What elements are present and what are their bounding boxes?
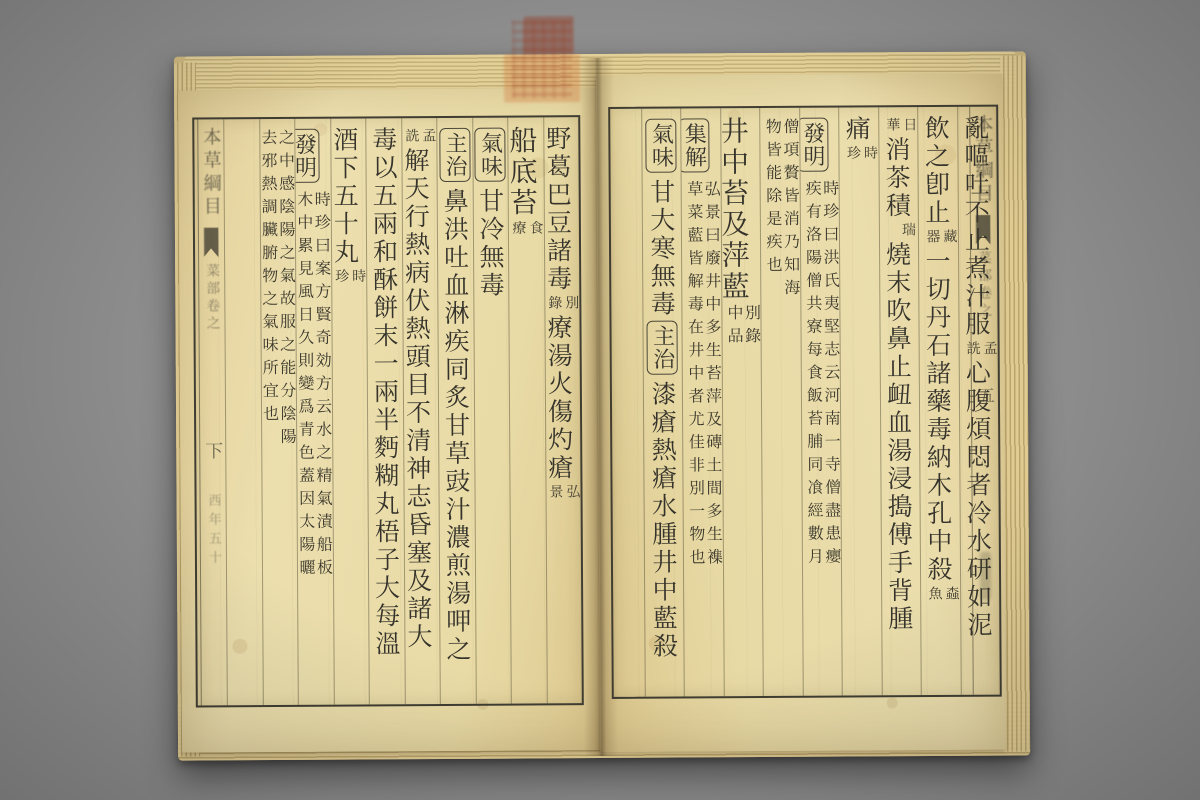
text-column: 主治鼻洪吐血淋疾同炙甘草豉汁濃煎湯呷之 bbox=[436, 118, 475, 704]
text-column: 野葛巴豆諸毒別錄療湯火傷灼瘡弘景 bbox=[543, 117, 582, 703]
commentary-left: 疾有洛陽僧共寮每食飯苔脯同飡經數月 bbox=[804, 180, 824, 571]
main-text: 消茶積 bbox=[882, 136, 912, 220]
citation-char: 魚 bbox=[926, 586, 943, 602]
right-text-frame: 本草綱目菜部卷之五亂嘔吐不止煮汁服孟詵心腹煩悶者冷水研如泥飲之卽止藏器一切丹石諸… bbox=[608, 105, 1002, 699]
citation-char: 療 bbox=[509, 220, 526, 236]
source-citation: 藏器 bbox=[923, 229, 957, 245]
commentary-note: 時珍曰案方賢奇効方云水之精氣漬船板木中累見風日久則變爲青色蓋因太陽曬 bbox=[295, 191, 332, 582]
commentary-note: 時珍曰洪氏夷堅志云河南一寺僧盡患癭疾有洛陽僧共寮每食飯苔脯同飡經數月 bbox=[804, 180, 841, 571]
citation-char: 別 bbox=[562, 295, 579, 311]
fold-title: 本草綱目 bbox=[200, 127, 222, 219]
main-text: 燒末吹鼻止衄血湯浸搗傅手背腫 bbox=[882, 241, 913, 633]
source-citation: 時珍 bbox=[844, 145, 878, 161]
commentary-left: 木中累見風日久則變爲青色蓋因太陽曬 bbox=[295, 191, 315, 582]
citation-char: 華 bbox=[883, 117, 900, 133]
citation-char: 珍 bbox=[844, 145, 861, 161]
left-text-frame: 野葛巴豆諸毒別錄療湯火傷灼瘡弘景船底苔食療氣味甘冷無毒主治鼻洪吐血淋疾同炙甘草豉… bbox=[192, 115, 584, 707]
main-text: 亂嘔吐不止煮汁服 bbox=[961, 115, 991, 339]
fold-column: 本草綱目菜部卷之下西年五十 bbox=[197, 119, 227, 705]
citation-char: 孟 bbox=[419, 128, 436, 144]
right-page: 本草綱目菜部卷之五亂嘔吐不止煮汁服孟詵心腹煩悶者冷水研如泥飲之卽止藏器一切丹石諸… bbox=[596, 74, 1006, 752]
main-text: 酒下五十丸 bbox=[330, 126, 360, 266]
citation-char: 器 bbox=[923, 229, 940, 245]
text-column: 發明時珍曰洪氏夷堅志云河南一寺僧盡患癭疾有洛陽僧共寮每食飯苔脯同飡經數月 bbox=[799, 108, 842, 696]
text-column: 集解弘景曰廢井中多生苔萍及磚土間多生襍草菜藍皆解毒在井中者尤佳非別一物也 bbox=[680, 108, 723, 696]
citation-char: 藏 bbox=[940, 229, 957, 245]
citation-char: 食 bbox=[526, 220, 543, 236]
carver-marks: 西年五十 bbox=[206, 493, 221, 569]
main-text: 痛 bbox=[842, 115, 871, 143]
source-citation: 食療 bbox=[509, 220, 543, 236]
commentary-left: 物皆能除是疾也 bbox=[764, 118, 783, 302]
main-text: 療湯火傷灼瘡 bbox=[544, 314, 574, 482]
source-citation: 時珍 bbox=[332, 268, 366, 284]
text-column: 孟詵解天行熱病伏熱頭目不清神志昏塞及諸大 bbox=[401, 118, 440, 704]
source-citation: 日華 bbox=[883, 117, 917, 133]
commentary-note: 之中感陰陽之氣故服之能分陰陽去邪熱調臟腑物之氣味所宜也 bbox=[259, 129, 296, 451]
collector-seal-upper bbox=[524, 16, 574, 54]
drug-entry-title: 船底苔 bbox=[507, 125, 539, 218]
section-label: 發明 bbox=[294, 129, 319, 183]
text-column: 發明時珍曰案方賢奇効方云水之精氣漬船板木中累見風日久則變爲青色蓋因太陽曬 bbox=[294, 119, 333, 705]
commentary-left: 草菜藍皆解毒在井中者尤佳非別一物也 bbox=[685, 180, 705, 571]
text-column: 毒以五兩和酥餅末一兩半麪糊丸梧子大每溫 bbox=[365, 118, 404, 704]
photo-stage: 野葛巴豆諸毒別錄療湯火傷灼瘡弘景船底苔食療氣味甘冷無毒主治鼻洪吐血淋疾同炙甘草豉… bbox=[0, 0, 1200, 800]
section-label: 氣味 bbox=[645, 119, 676, 173]
fishtail-mark bbox=[203, 227, 218, 257]
citation-char: 景 bbox=[546, 484, 563, 500]
source-citation: 孟詵 bbox=[964, 341, 998, 357]
text-column: 酒下五十丸時珍 bbox=[330, 118, 369, 704]
source-citation: 瑞 bbox=[886, 222, 916, 238]
left-page: 野葛巴豆諸毒別錄療湯火傷灼瘡弘景船底苔食療氣味甘冷無毒主治鼻洪吐血淋疾同炙甘草豉… bbox=[178, 88, 600, 753]
book: 野葛巴豆諸毒別錄療湯火傷灼瘡弘景船底苔食療氣味甘冷無毒主治鼻洪吐血淋疾同炙甘草豉… bbox=[174, 51, 1030, 760]
text-column: 井中苔及萍藍別錄中品 bbox=[720, 108, 763, 696]
main-text: 鼻洪吐血淋疾同炙甘草豉汁濃煎湯呷之 bbox=[440, 188, 472, 664]
commentary-right: 之中感陰陽之氣故服之能分陰陽 bbox=[277, 129, 296, 451]
citation-char: 錄 bbox=[545, 295, 562, 311]
main-text: 甘大寒無毒 bbox=[647, 179, 677, 319]
source-citation: 孟詵 bbox=[402, 128, 436, 144]
source-citation: 別錄 bbox=[545, 295, 579, 311]
citation-char: 螙 bbox=[943, 586, 960, 602]
commentary-right: 別錄 bbox=[743, 304, 761, 350]
main-text: 飲之卽止 bbox=[921, 115, 951, 227]
text-column: 船底苔食療 bbox=[507, 117, 546, 703]
main-text: 野葛巴豆諸毒 bbox=[543, 125, 573, 293]
section-label: 主治 bbox=[439, 128, 470, 182]
section-label: 發明 bbox=[799, 118, 828, 172]
citation-char: 瑞 bbox=[886, 222, 916, 238]
text-column: 日華消茶積瑞燒末吹鼻止衄血湯浸搗傅手背腫 bbox=[878, 107, 921, 695]
text-column: 氣味甘大寒無毒主治漆瘡熱瘡水腫井中藍殺 bbox=[641, 109, 684, 697]
commentary-note: 僧項贅皆消乃知海物皆能除是疾也 bbox=[764, 118, 800, 302]
text-column: 飲之卽止藏器一切丹石諸藥毒納木孔中殺螙魚 bbox=[917, 107, 960, 695]
commentary-left: 中品 bbox=[725, 304, 743, 350]
text-column bbox=[223, 119, 262, 705]
citation-char: 孟 bbox=[981, 341, 998, 357]
section-label: 集解 bbox=[680, 118, 709, 172]
source-citation: 弘景 bbox=[546, 484, 580, 500]
drug-entry-title: 井中苔及萍藍 bbox=[720, 116, 751, 302]
citation-char: 日 bbox=[900, 117, 917, 133]
text-column: 痛時珍 bbox=[838, 107, 881, 695]
citation-char: 珍 bbox=[332, 269, 349, 285]
citation-char: 詵 bbox=[964, 341, 981, 357]
commentary-left: 去邪熱調臟腑物之氣味所宜也 bbox=[259, 129, 278, 451]
main-text: 一切丹石諸藥毒納木孔中殺 bbox=[922, 248, 953, 584]
text-column: 亂嘔吐不止煮汁服孟詵心腹煩悶者冷水研如泥 bbox=[957, 107, 1000, 695]
main-text: 甘冷無毒 bbox=[476, 188, 506, 300]
section-mark: 下 bbox=[202, 441, 223, 459]
main-text: 漆瘡熱瘡水腫井中藍殺 bbox=[648, 381, 679, 661]
text-column: 之中感陰陽之氣故服之能分陰陽去邪熱調臟腑物之氣味所宜也 bbox=[259, 119, 298, 705]
text-column: 氣味甘冷無毒 bbox=[472, 118, 511, 704]
main-text: 毒以五兩和酥餅末一兩半麪糊丸梧子大每溫 bbox=[369, 126, 401, 658]
commentary-note: 別錄中品 bbox=[725, 304, 760, 350]
commentary-note: 弘景曰廢井中多生苔萍及磚土間多生襍草菜藍皆解毒在井中者尤佳非別一物也 bbox=[685, 180, 722, 571]
source-citation: 螙魚 bbox=[926, 586, 960, 602]
citation-char: 詵 bbox=[402, 128, 419, 144]
main-text: 心腹煩悶者冷水研如泥 bbox=[962, 360, 993, 640]
citation-char: 時 bbox=[861, 145, 878, 161]
section-label: 氣味 bbox=[474, 128, 505, 182]
main-text: 解天行熱病伏熱頭目不清神志昏塞及諸大 bbox=[401, 147, 433, 651]
commentary-right: 僧項贅皆消乃知海 bbox=[781, 118, 800, 302]
citation-char: 弘 bbox=[563, 484, 580, 500]
text-column: 僧項贅皆消乃知海物皆能除是疾也 bbox=[759, 108, 802, 696]
fold-juan: 菜部卷之 bbox=[203, 263, 219, 333]
section-label: 主治 bbox=[646, 321, 677, 375]
citation-char: 時 bbox=[349, 268, 366, 284]
